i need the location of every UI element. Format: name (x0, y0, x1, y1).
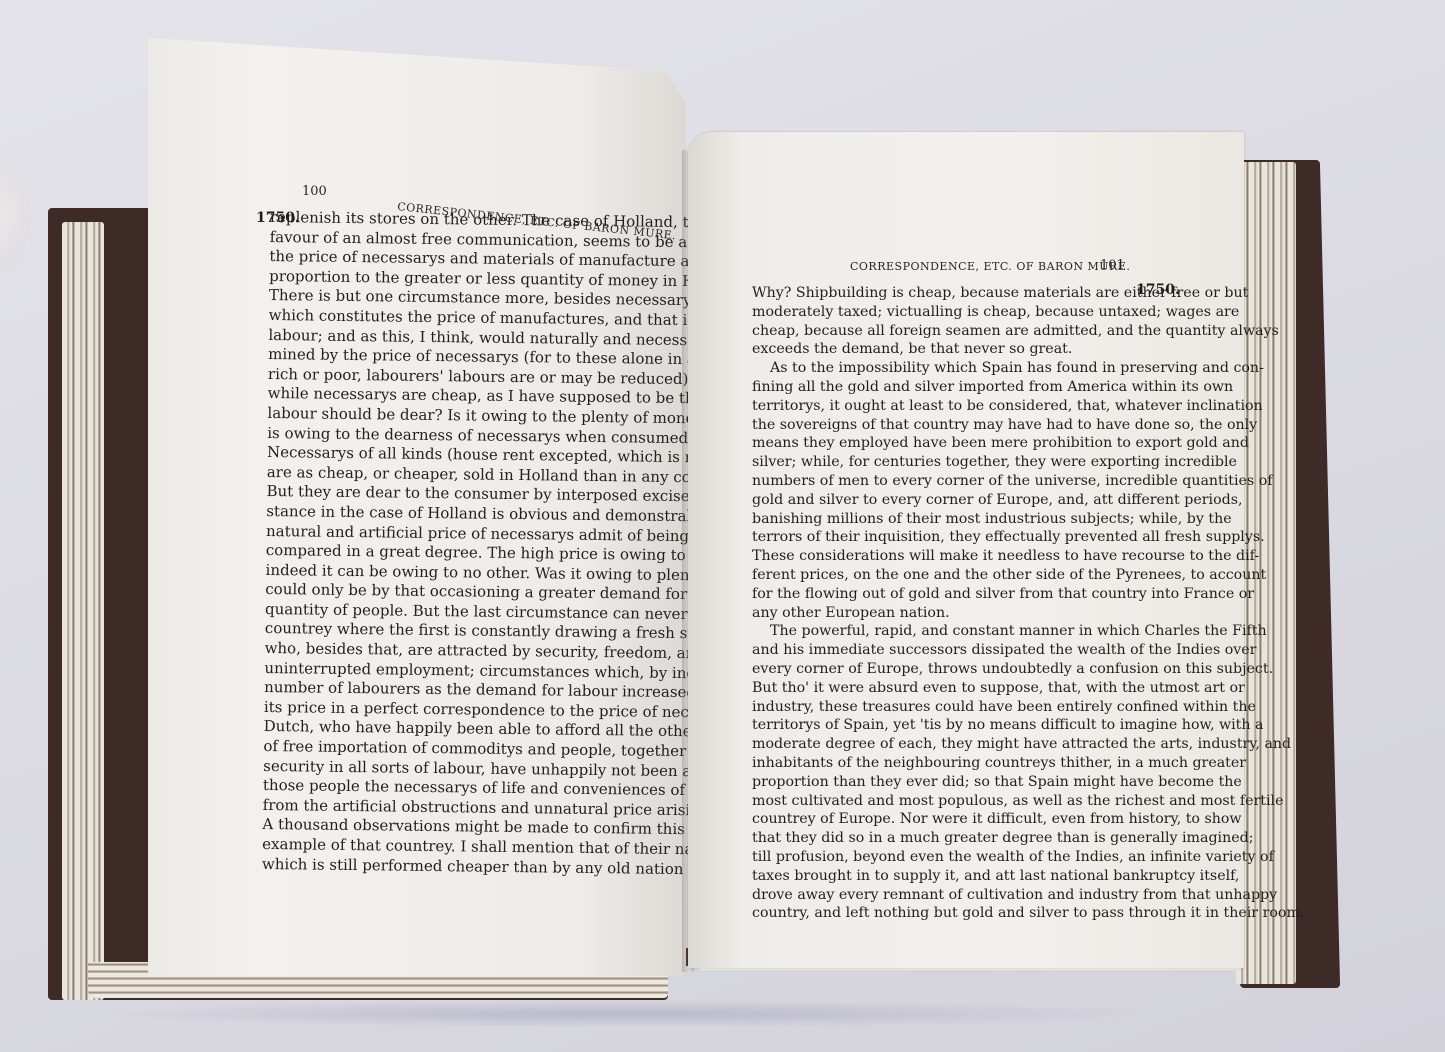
text-line: every corner of Europe, throws undoubted… (752, 660, 1156, 679)
text-line: ferent prices, on the one and the other … (752, 566, 1156, 585)
text-line: moderate degree of each, they might have… (752, 735, 1156, 754)
book-shadow (90, 1000, 1150, 1028)
text-line: Why? Shipbuilding is cheap, because mate… (752, 284, 1156, 303)
text-line: numbers of men to every corner of the un… (752, 472, 1156, 491)
text-line: taxes brought in to supply it, and att l… (752, 867, 1156, 886)
text-line: countrey of Europe. Nor were it difficul… (752, 810, 1156, 829)
text-line: any other European nation. (752, 604, 1156, 623)
text-line: means they employed have been mere prohi… (752, 434, 1156, 453)
paragraph: The powerful, rapid, and constant manner… (752, 622, 1156, 923)
text-line: exceeds the demand, be that never so gre… (752, 340, 1156, 359)
left-page-stack (62, 222, 104, 1000)
text-line: for the flowing out of gold and silver f… (752, 585, 1156, 604)
text-line: cheap, because all foreign seamen are ad… (752, 322, 1156, 341)
right-page-number: 101 (1100, 258, 1125, 273)
text-line: terrors of their inquisition, they effec… (752, 528, 1156, 547)
text-line: and his immediate successors dissipated … (752, 641, 1156, 660)
text-line: the sovereigns of that country may have … (752, 416, 1156, 435)
paragraph: As to the impossibility which Spain has … (752, 359, 1156, 622)
text-line: country, and left nothing but gold and s… (752, 904, 1156, 923)
text-line: most cultivated and most populous, as we… (752, 792, 1156, 811)
paragraph: Why? Shipbuilding is cheap, because mate… (752, 284, 1156, 359)
text-line: gold and silver to every corner of Europ… (752, 491, 1156, 510)
text-line: that they did so in a much greater degre… (752, 829, 1156, 848)
text-line: moderately taxed; victualling is cheap, … (752, 303, 1156, 322)
text-line: But tho' it were absurd even to suppose,… (752, 679, 1156, 698)
text-line: territorys, it ought at least to be cons… (752, 397, 1156, 416)
left-page-number: 100 (302, 184, 327, 199)
text-line: till profusion, beyond even the wealth o… (752, 848, 1156, 867)
left-page-body: replenish its stores on the other. The c… (262, 208, 680, 879)
text-line: inhabitants of the neighbouring countrey… (752, 754, 1156, 773)
text-line: fining all the gold and silver imported … (752, 378, 1156, 397)
text-line: banishing millions of their most industr… (752, 510, 1156, 529)
text-line: silver; while, for centuries together, t… (752, 453, 1156, 472)
text-line: The powerful, rapid, and constant manner… (752, 622, 1156, 641)
background-stain (0, 160, 30, 270)
right-page-body: Why? Shipbuilding is cheap, because mate… (752, 284, 1156, 923)
text-line: territorys of Spain, yet 'tis by no mean… (752, 716, 1156, 735)
text-line: As to the impossibility which Spain has … (752, 359, 1156, 378)
text-line: These considerations will make it needle… (752, 547, 1156, 566)
text-line: industry, these treasures could have bee… (752, 698, 1156, 717)
text-line: drove away every remnant of cultivation … (752, 886, 1156, 905)
text-line: proportion than they ever did; so that S… (752, 773, 1156, 792)
right-running-head: CORRESPONDENCE, ETC. OF BARON MURE. (850, 260, 1130, 273)
